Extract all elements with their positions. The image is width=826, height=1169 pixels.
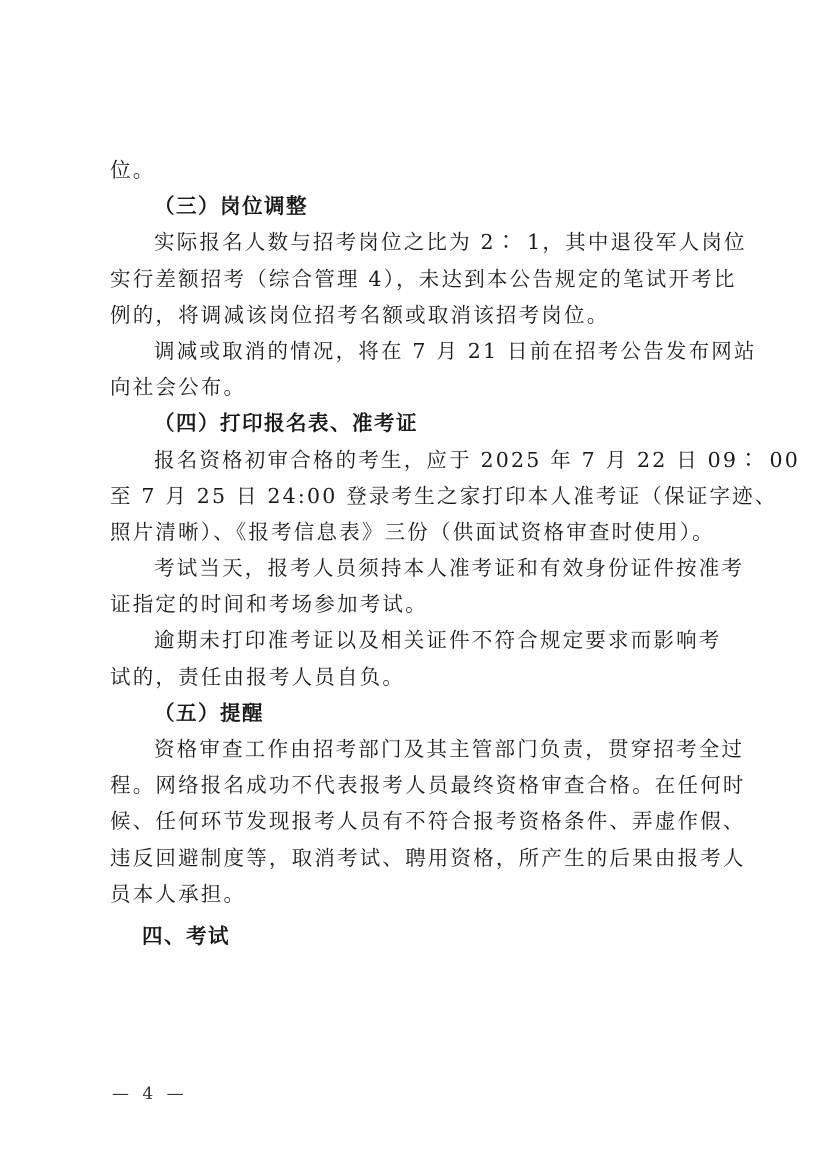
section-heading-exam: 四、考试 [110,918,722,954]
text-line: 照片清晰）、《报考信息表》三份（供面试资格审查时使用）。 [110,514,722,550]
text-line: 实际报名人数与招考岗位之比为 2∶ 1，其中退役军人岗位 [110,224,722,260]
text-line: 报名资格初审合格的考生，应于 2025 年 7 月 22 日 09∶ 00 [110,442,722,478]
text-line: 考试当天，报考人员须持本人准考证和有效身份证件按准考 [110,550,722,586]
subsection-heading-print-admission: （四）打印报名表、准考证 [110,405,722,441]
text-line: 候、任何环节发现报考人员有不符合报考资格条件、弄虚作假、 [110,803,722,839]
text-line: 调减或取消的情况，将在 7 月 21 日前在招考公告发布网站 [110,333,722,369]
text-line: 证指定的时间和考场参加考试。 [110,586,722,622]
text-line: 员本人承担。 [110,876,722,912]
text-line: 例的，将调减该岗位招考名额或取消该招考岗位。 [110,297,722,333]
text-line: 逾期未打印准考证以及相关证件不符合规定要求而影响考 [110,622,722,658]
document-page: 位。 （三）岗位调整 实际报名人数与招考岗位之比为 2∶ 1，其中退役军人岗位 … [110,152,722,954]
text-line: 试的，责任由报考人员自负。 [110,659,722,695]
text-line: 实行差额招考（综合管理 4），未达到本公告规定的笔试开考比 [110,261,722,297]
text-line: 位。 [110,152,722,188]
text-line: 程。网络报名成功不代表报考人员最终资格审查合格。在任何时 [110,767,722,803]
page-number: — 4 — [112,1084,188,1104]
subsection-heading-position-adjustment: （三）岗位调整 [110,188,722,224]
text-line: 向社会公布。 [110,369,722,405]
text-line: 违反回避制度等，取消考试、聘用资格，所产生的后果由报考人 [110,840,722,876]
subsection-heading-reminder: （五）提醒 [110,695,722,731]
text-line: 资格审查工作由招考部门及其主管部门负责，贯穿招考全过 [110,731,722,767]
text-line: 至 7 月 25 日 24:00 登录考生之家打印本人准考证（保证字迹、 [110,478,722,514]
